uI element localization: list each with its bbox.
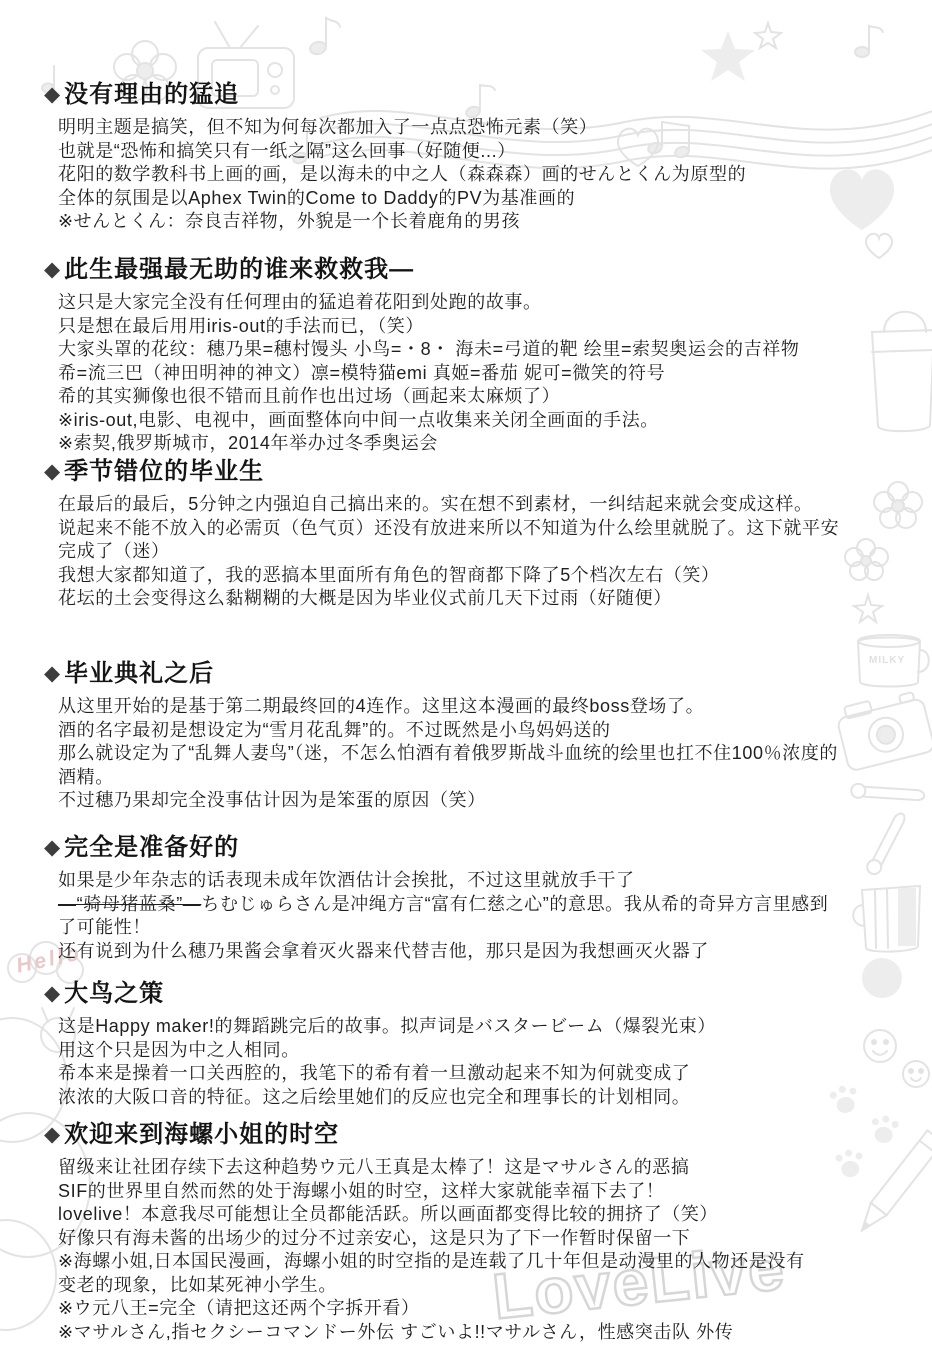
text-line: 留级来让社团存续下去这种趋势ウ元八王真是太棒了！这是マサルさん的恶搞 <box>58 1156 924 1180</box>
text-line: ※ウ元八王=完全（请把这还两个字拆开看） <box>58 1297 924 1321</box>
strikethrough-text: —“骑母猪蓝桑”— <box>58 894 201 914</box>
diamond-bullet-icon: ◆ <box>44 662 61 685</box>
text-line: 希=流三巴（神田明神的神文）凛=模特猫emi 真姬=番茄 妮可=微笑的符号 <box>58 362 924 386</box>
section-body: 这只是大家完全没有任何理由的猛追着花阳到处跑的故事。只是想在最后用用iris-o… <box>58 291 924 456</box>
section-7: ◆欢迎来到海螺小姐的时空留级来让社团存续下去这种趋势ウ元八王真是太棒了！这是マサ… <box>44 1122 924 1344</box>
text-line: 全体的氛围是以Aphex Twin的Come to Daddy的PV为基准画的 <box>58 187 924 211</box>
section-body: 明明主题是搞笑，但不知为何每次都加入了一点点恐怖元素（笑）也就是“恐怖和搞笑只有… <box>58 116 924 234</box>
section-4: ◆毕业典礼之后从这里开始的是基于第二期最终回的4连作。这里这本漫画的最终boss… <box>44 661 924 813</box>
section-title-text: 欢迎来到海螺小姐的时空 <box>64 1121 339 1148</box>
text-line: 完成了（迷） <box>58 540 924 564</box>
section-3: ◆季节错位的毕业生在最后的最后，5分钟之内强迫自己搞出来的。实在想不到素材，一纠… <box>44 459 924 611</box>
section-title: ◆毕业典礼之后 <box>44 661 924 687</box>
text-line: 不过穗乃果却完全没事估计因为是笨蛋的原因（笑） <box>58 789 924 813</box>
text-line: 这是Happy maker!的舞蹈跳完后的故事。拟声词是バスタービーム（爆裂光束… <box>58 1015 924 1039</box>
text-line: 我想大家都知道了，我的恶搞本里面所有角色的智商都下降了5个档次左右（笑） <box>58 564 924 588</box>
text-line: lovelive！本意我尽可能想让全员都能活跃。所以画面都变得比较的拥挤了（笑） <box>58 1203 924 1227</box>
section-title-text: 完全是准备好的 <box>64 834 239 861</box>
section-body: 这是Happy maker!的舞蹈跳完后的故事。拟声词是バスタービーム（爆裂光束… <box>58 1015 924 1109</box>
text-line: 大家头罩的花纹：穗乃果=穗村馒头 小鸟=・8・ 海未=弓道的靶 绘里=索契奥运会… <box>58 338 924 362</box>
section-2: ◆此生最强最无助的谁来救救我—这只是大家完全没有任何理由的猛追着花阳到处跑的故事… <box>44 257 924 456</box>
text-line: 在最后的最后，5分钟之内强迫自己搞出来的。实在想不到素材，一纠结起来就会变成这样… <box>58 493 924 517</box>
text-line: 花阳的数学教科书上画的画，是以海未的中之人（森森森）画的せんとくん为原型的 <box>58 163 924 187</box>
section-title: ◆完全是准备好的 <box>44 835 924 861</box>
text-line: 从这里开始的是基于第二期最终回的4连作。这里这本漫画的最终boss登场了。 <box>58 695 924 719</box>
text-line: ※海螺小姐,日本国民漫画，海螺小姐的时空指的是连载了几十年但是动漫里的人物还是没… <box>58 1250 924 1274</box>
text-line: 如果是少年杂志的话表现未成年饮酒估计会挨批，不过这里就放手干了 <box>58 869 924 893</box>
text-line: ※iris-out,电影、电视中，画面整体向中间一点收集来关闭全画面的手法。 <box>58 409 924 433</box>
text-line: 酒精。 <box>58 766 924 790</box>
section-title-text: 季节错位的毕业生 <box>64 458 264 485</box>
text-line: 还有说到为什么穗乃果酱会拿着灭火器来代替吉他，那只是因为我想画灭火器了 <box>58 940 924 964</box>
section-title: ◆没有理由的猛追 <box>44 82 924 108</box>
section-6: ◆大鸟之策这是Happy maker!的舞蹈跳完后的故事。拟声词是バスタービーム… <box>44 981 924 1109</box>
text-line: 酒的名字最初是想设定为“雪月花乱舞”的。不过既然是小鸟妈妈送的 <box>58 719 924 743</box>
section-1: ◆没有理由的猛追明明主题是搞笑，但不知为何每次都加入了一点点恐怖元素（笑）也就是… <box>44 82 924 234</box>
text-line: ※マサルさん,指セクシーコマンドー外伝 すごいよ!!マサルさん，性感突击队 外传 <box>58 1321 924 1345</box>
diamond-bullet-icon: ◆ <box>44 83 61 106</box>
section-title: ◆大鸟之策 <box>44 981 924 1007</box>
text-line: 变老的现象，比如某死神小学生。 <box>58 1274 924 1298</box>
section-body: 从这里开始的是基于第二期最终回的4连作。这里这本漫画的最终boss登场了。酒的名… <box>58 695 924 813</box>
text-line: 用这个只是因为中之人相同。 <box>58 1039 924 1063</box>
diamond-bullet-icon: ◆ <box>44 1123 61 1146</box>
section-title: ◆季节错位的毕业生 <box>44 459 924 485</box>
section-title: ◆欢迎来到海螺小姐的时空 <box>44 1122 924 1148</box>
text-line: 这只是大家完全没有任何理由的猛追着花阳到处跑的故事。 <box>58 291 924 315</box>
text-line: 只是想在最后用用iris-out的手法而已，（笑） <box>58 315 924 339</box>
text-line: 那么就设定为了“乱舞人妻鸟”（迷，不怎么怕酒有着俄罗斯战斗血统的绘里也扛不住10… <box>58 742 924 766</box>
text-line: SIF的世界里自然而然的处于海螺小姐的时空，这样大家就能幸福下去了！ <box>58 1180 924 1204</box>
text-line: —“骑母猪蓝桑”—ちむじゅらさん是冲绳方言“富有仁慈之心”的意思。我从希的奇异方… <box>58 893 924 917</box>
section-body: 在最后的最后，5分钟之内强迫自己搞出来的。实在想不到素材，一纠结起来就会变成这样… <box>58 493 924 611</box>
diamond-bullet-icon: ◆ <box>44 460 61 483</box>
text-line: 明明主题是搞笑，但不知为何每次都加入了一点点恐怖元素（笑） <box>58 116 924 140</box>
text-line: 也就是“恐怖和搞笑只有一纸之隔”这么回事（好随便...） <box>58 140 924 164</box>
section-title-text: 此生最强最无助的谁来救救我— <box>64 256 414 283</box>
section-5: ◆完全是准备好的如果是少年杂志的话表现未成年饮酒估计会挨批，不过这里就放手干了—… <box>44 835 924 963</box>
text-line: 花坛的土会变得这么黏糊糊的大概是因为毕业仪式前几天下过雨（好随便） <box>58 587 924 611</box>
text-line: ※索契,俄罗斯城市，2014年举办过冬季奥运会 <box>58 432 924 456</box>
diamond-bullet-icon: ◆ <box>44 836 61 859</box>
section-body: 留级来让社团存续下去这种趋势ウ元八王真是太棒了！这是マサルさん的恶搞SIF的世界… <box>58 1156 924 1344</box>
section-title-text: 没有理由的猛追 <box>64 81 239 108</box>
section-title: ◆此生最强最无助的谁来救救我— <box>44 257 924 283</box>
text-segment: ちむじゅらさん是冲绳方言“富有仁慈之心”的意思。我从希的奇异方言里感到 <box>201 894 828 914</box>
diamond-bullet-icon: ◆ <box>44 982 61 1005</box>
section-title-text: 毕业典礼之后 <box>64 660 214 687</box>
section-title-text: 大鸟之策 <box>64 980 164 1007</box>
text-line: ※せんとくん：奈良吉祥物，外貌是一个长着鹿角的男孩 <box>58 210 924 234</box>
text-line: 希的其实狮像也很不错而且前作也出过场（画起来太麻烦了） <box>58 385 924 409</box>
text-line: 浓浓的大阪口音的特征。这之后绘里她们的反应也完全和理事长的计划相同。 <box>58 1086 924 1110</box>
text-line: 希本来是操着一口关西腔的，我笔下的希有着一旦激动起来不知为何就变成了 <box>58 1062 924 1086</box>
text-line: 了可能性！ <box>58 916 924 940</box>
text-line: 好像只有海未酱的出场少的过分不过亲安心，这是只为了下一作暂时保留一下 <box>58 1227 924 1251</box>
section-body: 如果是少年杂志的话表现未成年饮酒估计会挨批，不过这里就放手干了—“骑母猪蓝桑”—… <box>58 869 924 963</box>
diamond-bullet-icon: ◆ <box>44 258 61 281</box>
text-line: 说起来不能不放入的必需页（色气页）还没有放进来所以不知道为什么绘里就脱了。这下就… <box>58 517 924 541</box>
commentary-sections: ◆没有理由的猛追明明主题是搞笑，但不知为何每次都加入了一点点恐怖元素（笑）也就是… <box>0 0 932 1351</box>
